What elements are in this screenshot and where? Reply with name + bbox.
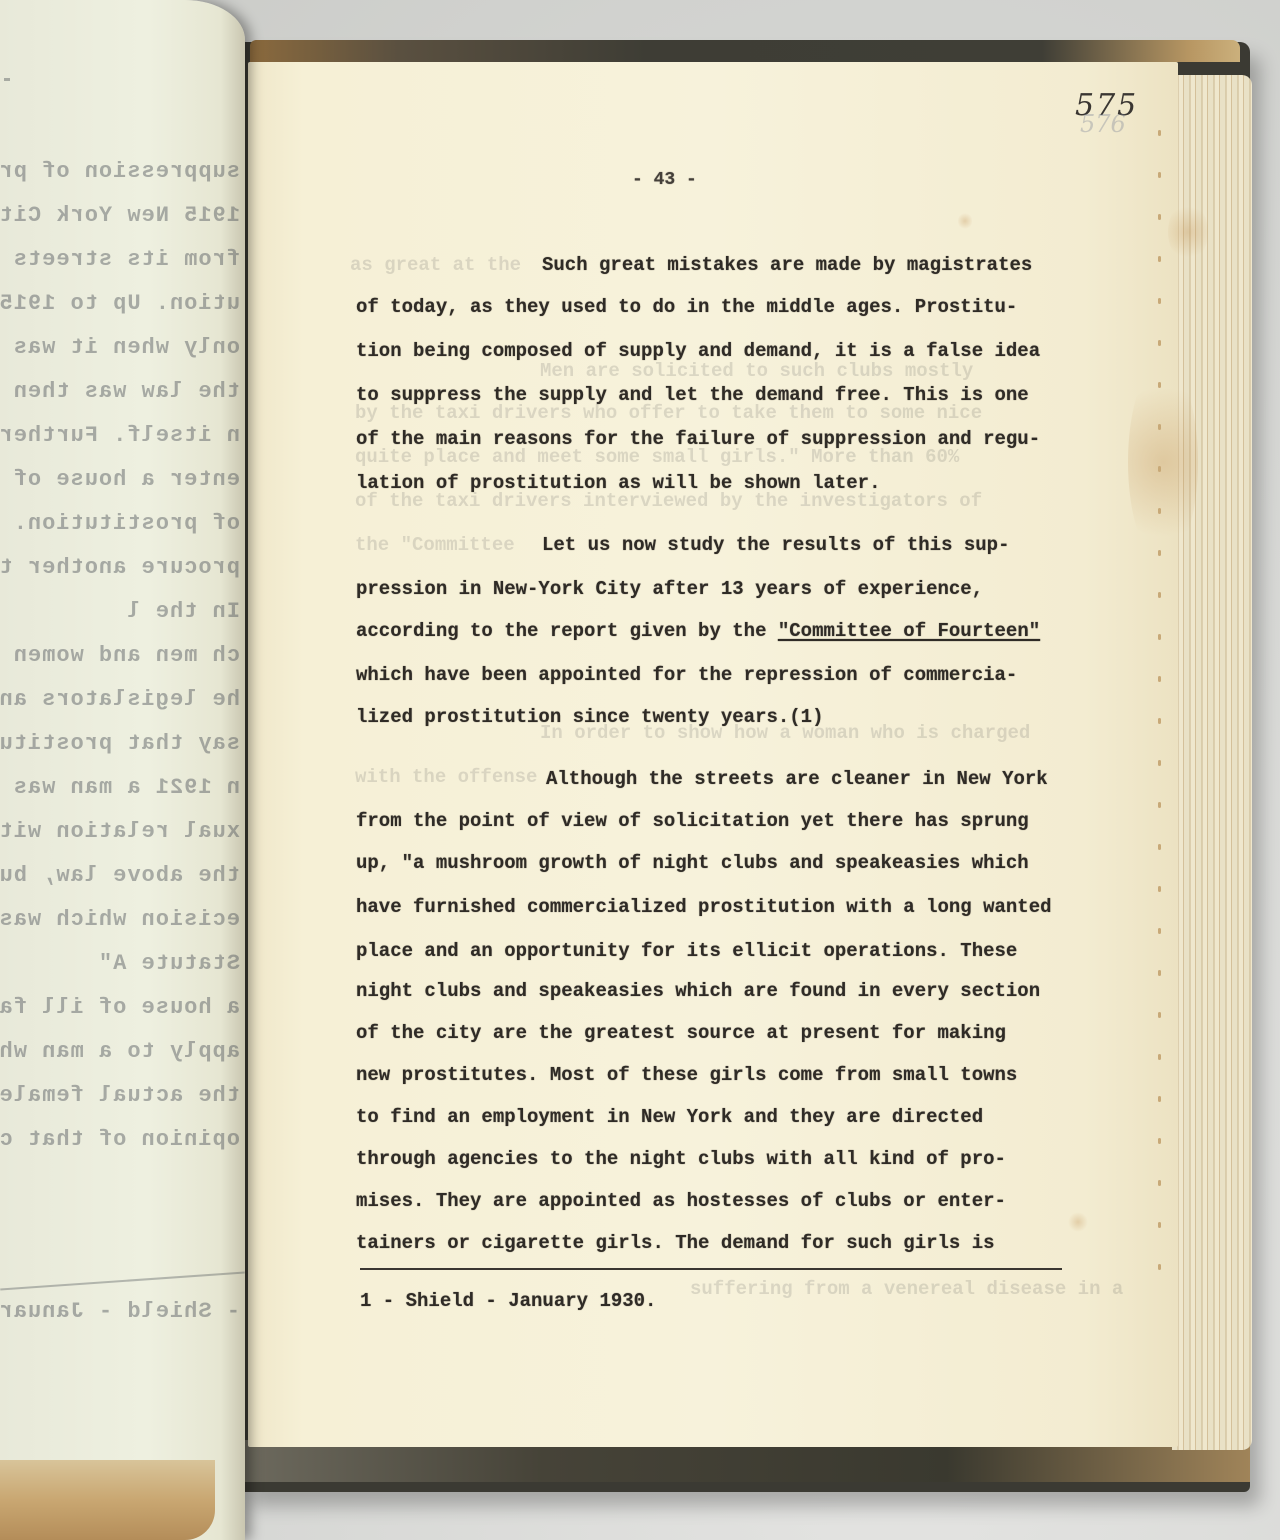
mirrored-line: suppression of prostitu [0, 150, 240, 194]
left-facing-page: suppression of prostitu 1915 New York Ci… [0, 0, 245, 1540]
mirrored-line: ecision which was as f [0, 898, 240, 942]
mirrored-line: - Shield - January 193 [0, 1290, 240, 1334]
committee-title-underlined: "Committee of Fourteen" [778, 620, 1040, 642]
footnote: 1 - Shield - January 1930. [360, 1290, 656, 1312]
facing-page-footnote-divider [0, 1271, 245, 1290]
text-line: of the main reasons for the failure of s… [356, 428, 1040, 450]
text-line: which have been appointed for the repres… [356, 664, 1017, 686]
text-line: tion being composed of supply and demand… [356, 340, 1040, 362]
page-number: - 43 - [632, 170, 697, 190]
mirrored-line: Statute A" [0, 942, 240, 986]
mirrored-line: n 1921 a man was found [0, 766, 240, 810]
page-stack-edge [1172, 75, 1252, 1450]
show-through-text: the "Committee [355, 534, 515, 556]
mirrored-line: In the l [0, 590, 240, 634]
text-line: pression in New-York City after 13 years… [356, 578, 983, 600]
mirrored-line: a house of ill fame [0, 986, 240, 1030]
text-line: from the point of view of solicitation y… [356, 810, 1029, 832]
mirrored-line: only when it was proved [0, 326, 240, 370]
text-line: according to the report given by the "Co… [356, 620, 1040, 642]
text-line: to suppress the supply and let the deman… [356, 384, 1029, 406]
show-through-text: suffering from a venereal disease in a [690, 1278, 1123, 1300]
text-line: tainers or cigarette girls. The demand f… [356, 1232, 995, 1254]
text-line: Let us now study the results of this sup… [542, 534, 1009, 556]
book-cover-top-edge [250, 40, 1240, 62]
text-line: through agencies to the night clubs with… [356, 1148, 1006, 1170]
mirrored-line: xual relation with a [0, 810, 240, 854]
text-line: up, "a mushroom growth of night clubs an… [356, 852, 1029, 874]
mirrored-line: opinion of that cour [0, 1118, 240, 1162]
show-through-text: with the offense [355, 766, 537, 788]
punch-hole-marks [1155, 130, 1165, 1370]
text-line: of today, as they used to do in the midd… [356, 296, 1017, 318]
text-line: lized prostitution since twenty years.(1… [356, 706, 823, 728]
mirrored-line: 1915 New York City is t [0, 194, 240, 238]
mirrored-line: the actual female pro [0, 1074, 240, 1118]
mirrored-line: he legislators and the [0, 678, 240, 722]
page-bottom-edge [0, 1460, 215, 1540]
mirrored-line: the above law, but the [0, 854, 240, 898]
facing-page-footnote: - Shield - January 193 [0, 1290, 240, 1334]
mirrored-line: from its streets by sup [0, 238, 240, 282]
mirrored-line: apply to a man who [0, 1030, 240, 1074]
mirrored-line: ution. Up to 1915 wome [0, 282, 240, 326]
page-mark [4, 78, 10, 81]
text-line: lation of prostitution as will be shown … [356, 472, 881, 494]
footnote-divider [360, 1268, 1062, 1270]
show-through-text: as great at the [350, 254, 521, 276]
text-segment: according to the report given by the [356, 620, 778, 642]
mirrored-line: the law was then change [0, 370, 240, 414]
text-line: place and an opportunity for its ellicit… [356, 940, 1017, 962]
text-line: night clubs and speakeasies which are fo… [356, 980, 1040, 1002]
handwritten-folio-ghost: 576 [1080, 110, 1126, 138]
facing-page-mirrored-text: suppression of prostitu 1915 New York Ci… [0, 150, 240, 1162]
mirrored-line: ch men and women are [0, 634, 240, 678]
paper-stain [1068, 1212, 1088, 1232]
text-line: of the city are the greatest source at p… [356, 1022, 1006, 1044]
paper-stain [958, 212, 972, 230]
text-line: Such great mistakes are made by magistra… [542, 254, 1032, 276]
text-line: have furnished commercialized prostituti… [356, 896, 1052, 918]
mirrored-line: say that prostitution [0, 722, 240, 766]
show-through-text: Men are solicited to such clubs mostly [540, 360, 973, 382]
text-line: new prostitutes. Most of these girls com… [356, 1064, 1017, 1086]
paper-stain [1168, 202, 1208, 262]
text-line: mises. They are appointed as hostesses o… [356, 1190, 1006, 1212]
mirrored-line: enter a house of pro [0, 458, 240, 502]
mirrored-line: n itself. Further, it [0, 414, 240, 458]
text-line: Although the streets are cleaner in New … [546, 768, 1048, 790]
mirrored-line: of prostitution. It is [0, 502, 240, 546]
text-line: to find an employment in New York and th… [356, 1106, 983, 1128]
mirrored-line: procure another to comm [0, 546, 240, 590]
